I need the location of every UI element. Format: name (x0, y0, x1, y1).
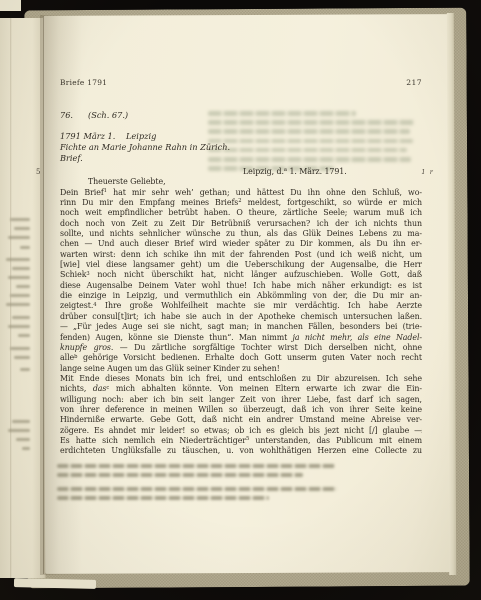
line-text: — „Für jedes Auge sei sie nicht, sagt ma… (60, 322, 422, 331)
letter-line: Theuerste Geliebte, (60, 177, 422, 187)
letter-line: rinn Du mir den Empfang meines Briefs2 m… (60, 198, 422, 208)
line-text: alle (60, 353, 74, 362)
line-text: [wie] viel diese langsamer geht) um die … (60, 260, 422, 269)
line-text: knupfe gros. (60, 343, 113, 352)
footnote-mark: a (284, 167, 287, 173)
letter-date: 1791 März 1. (60, 131, 115, 141)
line-text: rinn Du mir den Empfang meines Briefs (60, 198, 238, 207)
page-number: 217 (406, 78, 422, 87)
left-page-text-fragment (12, 267, 30, 270)
line-number: 5 (36, 167, 41, 177)
letter-line: die einzige in Leipzig, und vermuthlich … (60, 291, 422, 301)
line-text: von ihrer deference in meinen Willen so … (60, 405, 422, 414)
line-text: Schiek (60, 270, 86, 279)
letter-line: 10doch noch von Zeit zu Zeit Dir Betrübn… (60, 219, 422, 229)
running-header: Briefe 1791 (60, 78, 107, 87)
left-page-text-fragment (12, 316, 30, 319)
left-page-text-fragment (16, 285, 30, 288)
left-page-text-fragment (10, 347, 30, 350)
letter-heading-date-line: 1791 März 1. Leipzig (60, 131, 422, 141)
letter-line: nichts, dasc mich abhalten könnte. Von m… (60, 384, 422, 394)
letter-line: Es hatte sich nemlich ein Niederträchtig… (60, 436, 422, 446)
line-text: lange seine Augen um das Glük seiner Kin… (60, 364, 280, 373)
show-through-text-line (208, 111, 356, 116)
line-text: fenden) Augen, könne sie Dienste thun“. … (60, 333, 293, 342)
blurred-footnote-line (57, 496, 269, 500)
line-text: gehörige Vorsicht bedienen. Erhalte doch… (77, 353, 422, 362)
line-text: warten wirst: denn ich schike ihn mit de… (60, 250, 422, 259)
letter-number: 76. (60, 110, 73, 120)
letter-body: 51 rLeipzig, d.a 1. März. 1791.Theuerste… (60, 167, 422, 457)
line-text: noch weit empfindlicher betrübt haben. O… (60, 208, 422, 217)
letter-line: sollte, und nichts sehnlicher wünsche zu… (60, 229, 422, 239)
line-text: diese Augensalbe Deinem Vater wohl thue!… (60, 281, 422, 290)
footnote-mark: 1 (104, 188, 107, 194)
left-page-text-fragment (10, 294, 30, 297)
letter-line: erdichteten Unglüksfalle zu täuschen, u.… (60, 446, 422, 456)
line-text: erdichteten Unglüksfalle zu täuschen, u.… (60, 446, 422, 455)
letter-heading-doctype: Brief. (60, 153, 83, 163)
line-text: sollte, und nichts sehnlicher wünsche zu… (60, 229, 422, 238)
line-text: Mit Ende dieses Monats bin ich frei, und… (60, 374, 422, 383)
folio-note: 1 v (421, 427, 422, 436)
letter-line: 20— „Für jedes Auge sei sie nicht, sagt … (60, 322, 422, 332)
gutter-crease (43, 16, 44, 574)
line-text: Theuerste Geliebte, (88, 177, 166, 186)
letter-line: Dein Brief1 hat mir sehr weh’ gethan; un… (60, 188, 422, 198)
show-through-text-line (208, 157, 411, 162)
letter-heading-number-line: 76.(Sch. 67.) (60, 110, 128, 120)
left-page-text-fragment (6, 303, 30, 306)
letter-line: 51 rLeipzig, d.a 1. März. 1791. (60, 167, 422, 177)
left-page-text-fragment (14, 227, 30, 230)
line-text: doch noch von Zeit zu Zeit Dir Betrübniß… (60, 219, 422, 228)
line-text: hat mir sehr weh’ gethan; und hättest Du… (107, 188, 422, 197)
line-text: nichts, (60, 384, 93, 393)
left-page-text-fragment (8, 276, 30, 279)
letter-line: chen — Und auch dieser Brief wird wieder… (60, 239, 422, 249)
line-text: Es hatte sich nemlich ein Niederträchtig… (60, 436, 246, 445)
left-page-text-fragment (10, 218, 30, 221)
blurred-footnote-line (57, 473, 303, 477)
line-text: zögere. Es ahndet mir leider! so etwas; … (60, 426, 422, 435)
left-page-text-fragment (8, 429, 30, 432)
show-through-text-line (208, 120, 414, 125)
left-page-text-fragment (18, 334, 30, 337)
letter-line: fenden) Augen, könne sie Dienste thun“. … (60, 333, 422, 343)
letter-line: [wie] viel diese langsamer geht) um die … (60, 260, 422, 270)
footnote-mark: b (74, 354, 77, 360)
line-text: — Du zärtliche sorgfältige Tochter wirst… (113, 343, 422, 352)
line-text: drüber consul[t]irt; ich habe sie auch i… (60, 312, 422, 321)
book-photo: Briefe 1791 217 76.(Sch. 67.) 1791 März … (0, 0, 481, 600)
letter-line: warten wirst: denn ich schike ihn mit de… (60, 250, 422, 260)
letter-line: 301 vzögere. Es ahndet mir leider! so et… (60, 426, 422, 436)
letter-heading-addressee: Fichte an Marie Johanne Rahn in Zürich. (60, 142, 230, 152)
line-text: zeigtest. (60, 301, 93, 310)
line-text: die einzige in Leipzig, und vermuthlich … (60, 291, 422, 300)
letter-line: willigung noch: aber ich bin seit langer… (60, 395, 422, 405)
letter-line: Hinderniße erwarte. Gebe Gott, daß nicht… (60, 415, 422, 425)
letter-line: zeigtest.4 Ihre große Wohlfeilheit macht… (60, 301, 422, 311)
left-page-text-fragment (8, 236, 30, 239)
letter-line: 15Schiek3 noch nicht überschikt hat, nic… (60, 270, 422, 280)
left-page-fold (10, 18, 12, 578)
left-page-text-fragment (20, 246, 30, 249)
letter-line: knupfe gros. — Du zärtliche sorgfältige … (60, 343, 422, 353)
left-page-text-fragment (6, 258, 30, 261)
footnote-mark: 2 (238, 198, 241, 204)
left-page-text-fragment (14, 356, 30, 359)
left-page-text-fragment (16, 438, 30, 441)
line-text: chen — Und auch dieser Brief wird wieder… (60, 239, 422, 248)
left-page-text-fragment (12, 420, 30, 423)
left-page-top-corner (0, 0, 21, 11)
letter-line: diese Augensalbe Deinem Vater wohl thue!… (60, 281, 422, 291)
line-text: meldest, fortgeschikt, so würde er mich (242, 198, 422, 207)
line-text: willigung noch: aber ich bin seit langer… (60, 395, 422, 404)
left-page-text-fragment (22, 447, 30, 450)
letter-line: lange seine Augen um das Glük seiner Kin… (60, 364, 422, 374)
blurred-footnote-line (57, 464, 335, 468)
left-page-text-fragment (20, 368, 30, 371)
line-text: mich abhalten könnte. Von meinen Eltern … (109, 384, 422, 393)
letter-line: noch weit empfindlicher betrübt haben. O… (60, 208, 422, 218)
line-text: noch nicht überschikt hat, nicht länger … (90, 270, 422, 279)
line-text: Ihre große Wohlfeilheit machte sie mir v… (97, 301, 422, 310)
blurred-footnote-line (57, 487, 337, 491)
letter-place: Leipzig (126, 131, 156, 141)
letter-line: drüber consul[t]irt; ich habe sie auch i… (60, 312, 422, 322)
footnote-mark: c (106, 385, 109, 391)
letter-sch-reference: (Sch. 67.) (88, 110, 128, 120)
left-page-text-fragment (8, 325, 30, 328)
line-text: Hinderniße erwarte. Gebe Gott, daß nicht… (60, 415, 422, 424)
line-text: Leipzig, d. (243, 167, 284, 176)
show-through-text-line (208, 148, 407, 153)
footnote-mark: 3 (86, 271, 89, 277)
line-text: ja nicht mehr, als eine Nadel- (293, 333, 422, 342)
letter-line: alleb gehörige Vorsicht bedienen. Erhalt… (60, 353, 422, 363)
letter-line: von ihrer deference in meinen Willen so … (60, 405, 422, 415)
line-text: das (93, 384, 107, 393)
folio-note: 1 r (421, 168, 434, 178)
line-text: unterstanden, das Publicum mit einem (249, 436, 422, 445)
line-text: Dein Brief (60, 188, 104, 197)
left-page-bottom-corner (14, 578, 96, 589)
footnote-mark: 4 (93, 302, 96, 308)
footnote-mark: 5 (246, 436, 249, 442)
letter-line: 25Mit Ende dieses Monats bin ich frei, u… (60, 374, 422, 384)
line-text: 1. März. 1791. (287, 167, 347, 176)
